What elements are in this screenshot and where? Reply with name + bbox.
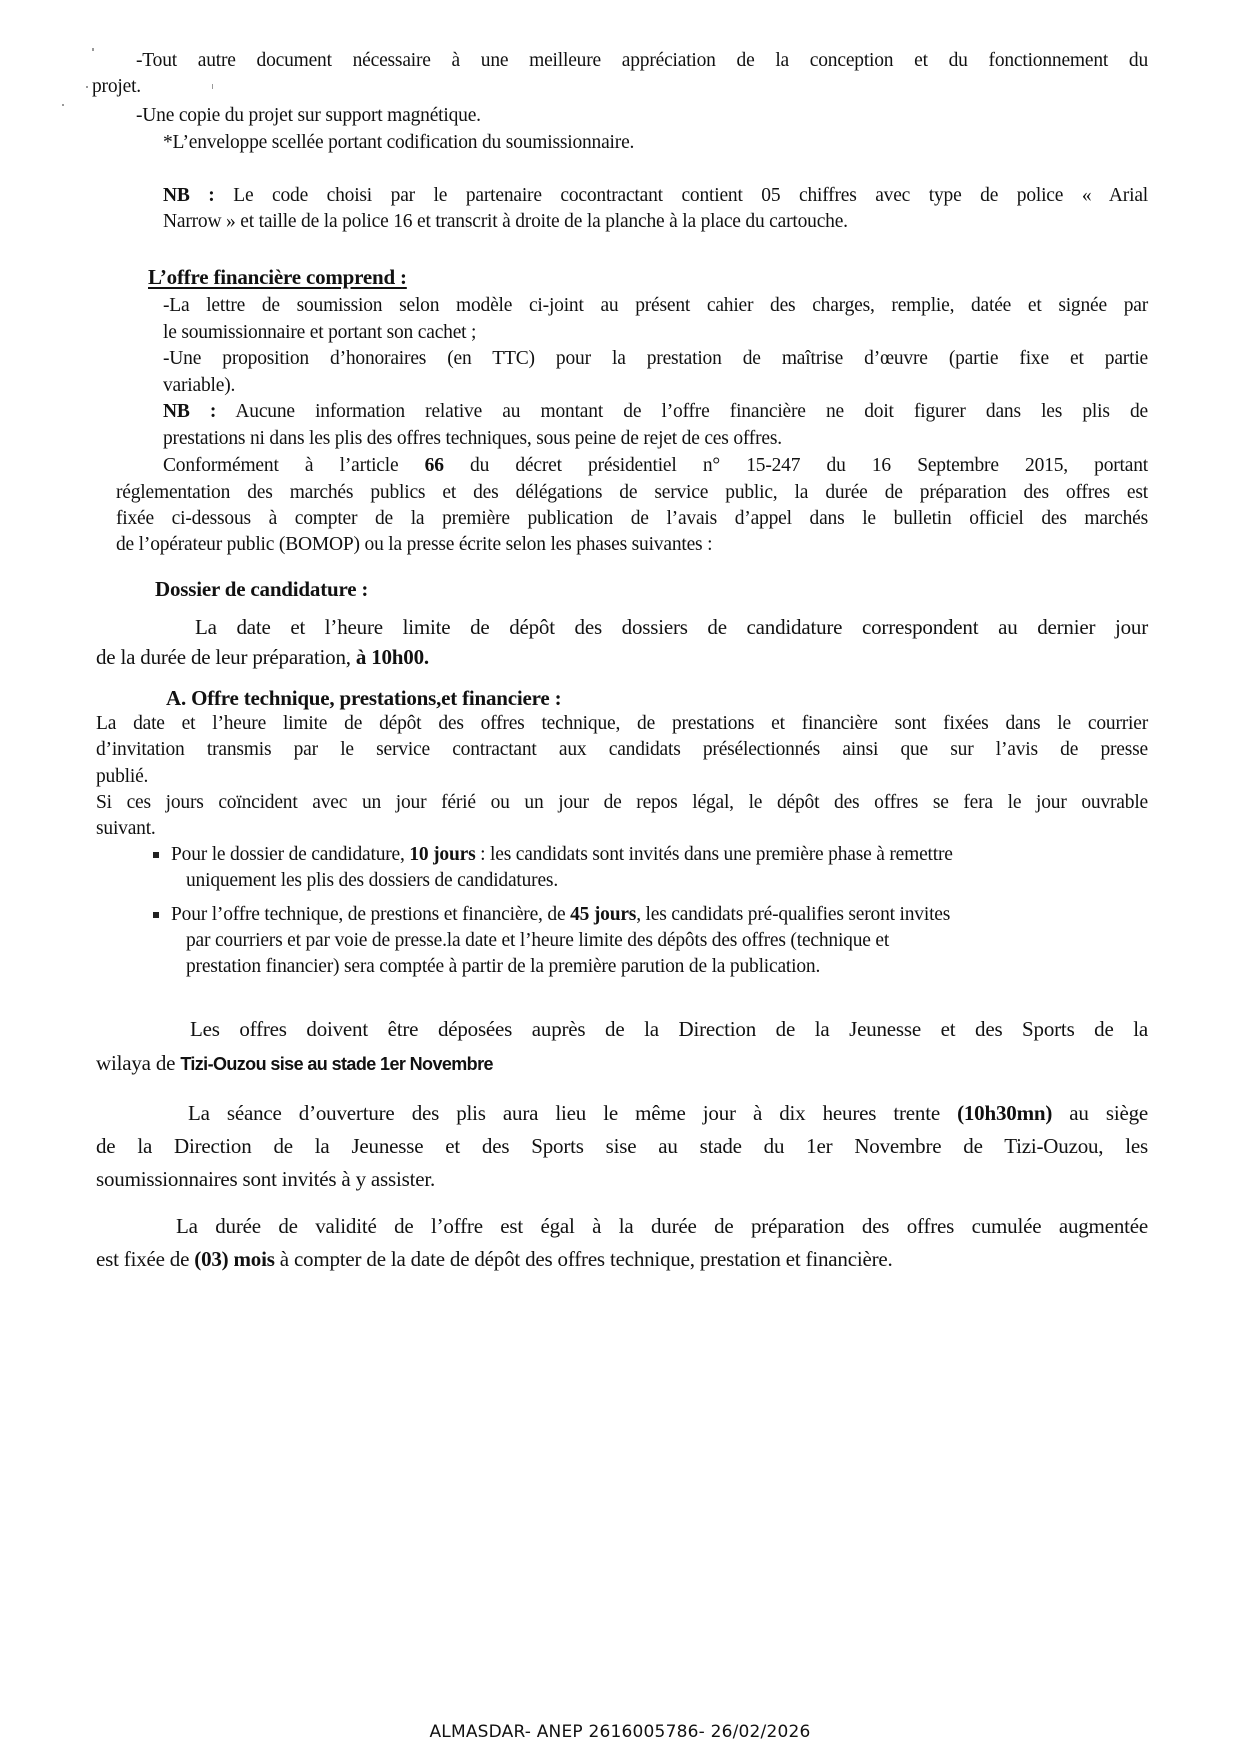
opening-line: soumissionnaires sont invités à y assist… (96, 1166, 435, 1192)
bullet-line: Pour le dossier de candidature, 10 jours… (171, 842, 953, 868)
scan-speck (62, 104, 64, 106)
financial-nb-line: NB : Aucune information relative au mont… (163, 399, 1148, 425)
financial-item-line: le soumissionnaire et portant son cachet… (163, 320, 476, 346)
section-heading-offre-technique: A. Offre technique, prestations,et finan… (166, 685, 561, 711)
opening-line: de la Direction de la Jeunesse et des Sp… (96, 1133, 1148, 1159)
section-heading-financial-offer: L’offre financière comprend : (148, 264, 407, 290)
deposit-text: wilaya de (96, 1051, 180, 1075)
article-line: fixée ci-dessous à compter de la premièr… (116, 506, 1148, 532)
opening-time: (10h30mn) (957, 1101, 1052, 1125)
article-line: Conformément à l’article 66 du décret pr… (163, 453, 1148, 479)
bullet-text: Pour l’offre technique, de prestions et … (171, 904, 570, 925)
financial-item-line: -Une proposition d’honoraires (en TTC) p… (163, 346, 1148, 372)
candidature-text: de la durée de leur préparation, (96, 645, 356, 669)
footer-reference: ALMASDAR- ANEP 2616005786- 26/02/2026 (0, 1722, 1240, 1742)
section-a-line: La date et l’heure limite de dépôt des o… (96, 711, 1148, 737)
opening-text: La séance d’ouverture des plis aura lieu… (188, 1101, 957, 1125)
section-a-line: suivant. (96, 816, 156, 842)
financial-item-line: -La lettre de soumission selon modèle ci… (163, 293, 1148, 319)
nb-label: NB : (163, 185, 215, 206)
deposit-location: Tizi-Ouzou sise au stade 1er Novembre (180, 1054, 493, 1074)
section-a-line: Si ces jours coïncident avec un jour fér… (96, 790, 1148, 816)
validity-line: est fixée de (03) mois à compter de la d… (96, 1246, 893, 1272)
nb-note-line: Narrow » et taille de la police 16 et tr… (163, 209, 848, 235)
nb-text: Aucune information relative au montant d… (216, 401, 1148, 422)
intro-item: -Une copie du projet sur support magnéti… (136, 103, 481, 129)
bullet-square-icon (153, 912, 159, 918)
article-text: du décret présidentiel n° 15-247 du 16 S… (444, 455, 1148, 476)
scan-speck (86, 86, 88, 88)
bullet-square-icon (153, 852, 159, 858)
opening-line: La séance d’ouverture des plis aura lieu… (188, 1100, 1148, 1126)
scan-speck (212, 84, 213, 89)
article-text: Conformément à l’article (163, 455, 425, 476)
scan-speck (92, 48, 94, 51)
opening-text: au siège (1052, 1101, 1148, 1125)
bullet-text: Pour le dossier de candidature, (171, 844, 409, 865)
bullet-line: par courriers et par voie de presse.la d… (186, 928, 889, 954)
article-number: 66 (425, 455, 444, 476)
candidature-line: La date et l’heure limite de dépôt des d… (195, 614, 1148, 640)
nb-text: Le code choisi par le partenaire cocontr… (215, 185, 1148, 206)
intro-item-line: projet. (92, 74, 141, 100)
bullet-line: Pour l’offre technique, de prestions et … (171, 902, 950, 928)
bullet-line: prestation financier) sera comptée à par… (186, 954, 820, 980)
deposit-line: Les offres doivent être déposées auprès … (190, 1016, 1148, 1042)
bullet-line: uniquement les plis des dossiers de cand… (186, 868, 558, 894)
validity-line: La durée de validité de l’offre est égal… (176, 1213, 1148, 1239)
article-line: réglementation des marchés publics et de… (116, 480, 1148, 506)
intro-item: *L’enveloppe scellée portant codificatio… (163, 130, 634, 156)
article-line: de l’opérateur public (BOMOP) ou la pres… (116, 532, 712, 558)
section-heading-candidature: Dossier de candidature : (155, 576, 368, 602)
nb-note-line: NB : Le code choisi par le partenaire co… (163, 183, 1148, 209)
deadline-time: à 10h00. (356, 645, 429, 669)
financial-item-line: variable). (163, 373, 235, 399)
intro-item-line: -Tout autre document nécessaire à une me… (136, 48, 1148, 74)
financial-nb-line: prestations ni dans les plis des offres … (163, 426, 782, 452)
bullet-text: : les candidats sont invités dans une pr… (475, 844, 952, 865)
nb-label: NB : (163, 401, 216, 422)
validity-text: à compter de la date de dépôt des offres… (275, 1247, 893, 1271)
bullet-text: , les candidats pré-qualifies seront inv… (636, 904, 950, 925)
document-page: -Tout autre document nécessaire à une me… (0, 0, 1240, 1754)
duration: 10 jours (409, 844, 475, 865)
section-a-line: publié. (96, 764, 148, 790)
section-a-line: d’invitation transmis par le service con… (96, 737, 1148, 763)
validity-text: est fixée de (96, 1247, 194, 1271)
duration: 45 jours (570, 904, 636, 925)
candidature-line: de la durée de leur préparation, à 10h00… (96, 644, 429, 670)
validity-duration: (03) mois (194, 1247, 274, 1271)
deposit-line: wilaya de Tizi-Ouzou sise au stade 1er N… (96, 1050, 493, 1077)
